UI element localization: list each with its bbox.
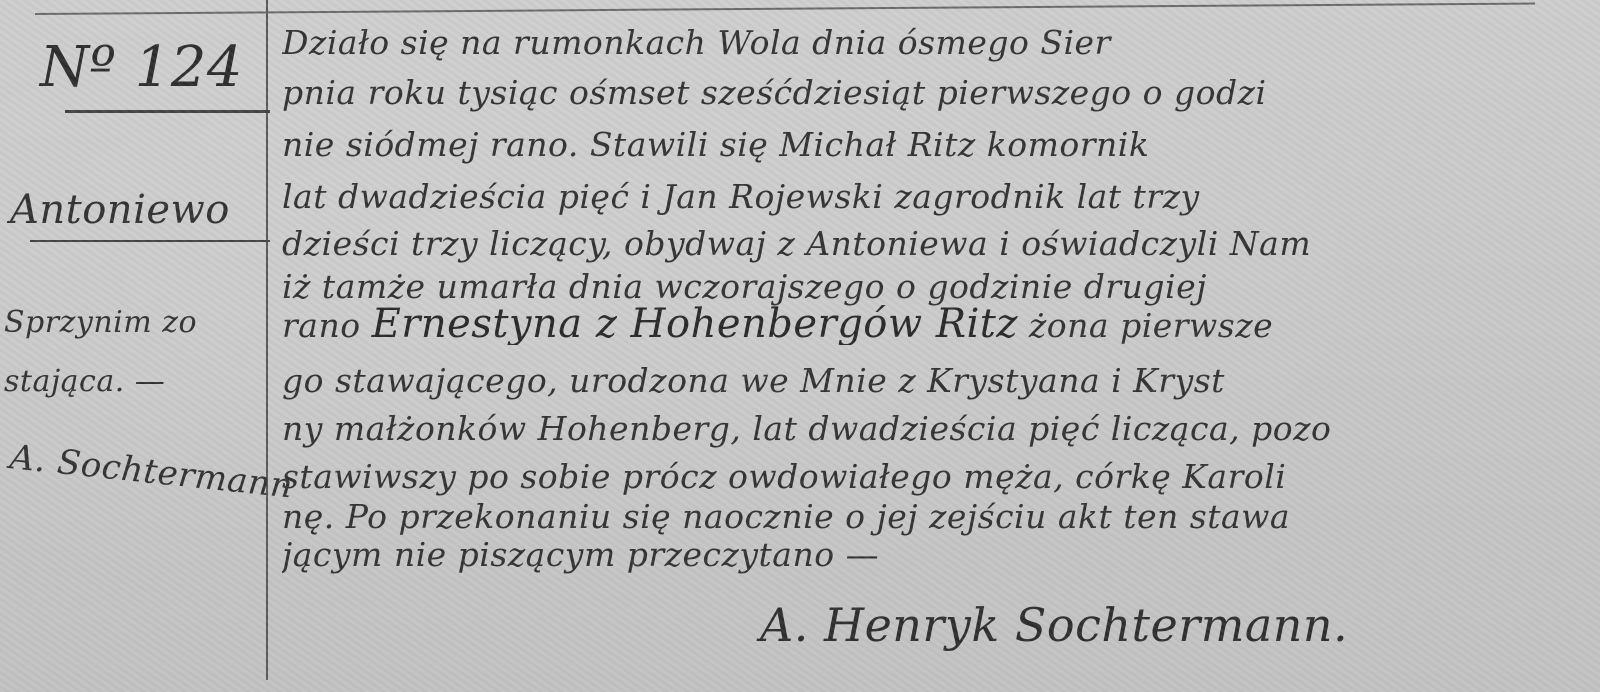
document-page: Nº 124 Antoniewo Sprzynim zo stająca. — … <box>0 0 1600 692</box>
top-ruled-line <box>35 3 1535 15</box>
margin-signature: A. Sochtermann <box>8 438 295 506</box>
record-text-line: nę. Po przekonaniu się naocznie o jej ze… <box>282 498 1582 536</box>
record-text-line: Działo się na rumonkach Wola dnia ósmego… <box>282 24 1582 62</box>
record-text-line: dzieści trzy liczący, obydwaj z Antoniew… <box>282 225 1582 263</box>
margin-note-line: stająca. — <box>4 365 165 399</box>
record-text-line: iż tamże umarła dnia wczorajszego o godz… <box>282 268 1582 306</box>
record-text-line: lat dwadzieścia pięć i Jan Rojewski zagr… <box>282 178 1582 216</box>
record-number: Nº 124 <box>40 38 243 98</box>
record-text-line: jącym nie piszącym przeczytano — <box>282 536 1582 574</box>
record-text-line-deceased: rano Ernestyna z Hohenbergów Ritz żona p… <box>282 305 1582 345</box>
record-text-line: go stawającego, urodzona we Mnie z Kryst… <box>282 362 1582 400</box>
record-number-underline <box>65 110 270 113</box>
place-name: Antoniewo <box>10 188 230 232</box>
record-text-line: stawiwszy po sobie prócz owdowiałego męż… <box>282 458 1582 496</box>
margin-column-divider <box>266 0 268 680</box>
margin-note-line: Sprzynim zo <box>4 306 197 340</box>
official-signature: A. Henryk Sochtermann. <box>760 600 1348 650</box>
deceased-name: Ernestyna z Hohenbergów Ritz <box>372 305 1018 345</box>
line-prefix: rano <box>282 306 361 345</box>
record-text-line: ny małżonków Hohenberg, lat dwadzieścia … <box>282 410 1582 448</box>
record-text-line: pnia roku tysiąc ośmset sześćdziesiąt pi… <box>282 74 1582 112</box>
place-name-underline <box>30 240 270 242</box>
line-suffix: żona pierwsze <box>1029 306 1273 345</box>
record-text-line: nie siódmej rano. Stawili się Michał Rit… <box>282 126 1582 164</box>
